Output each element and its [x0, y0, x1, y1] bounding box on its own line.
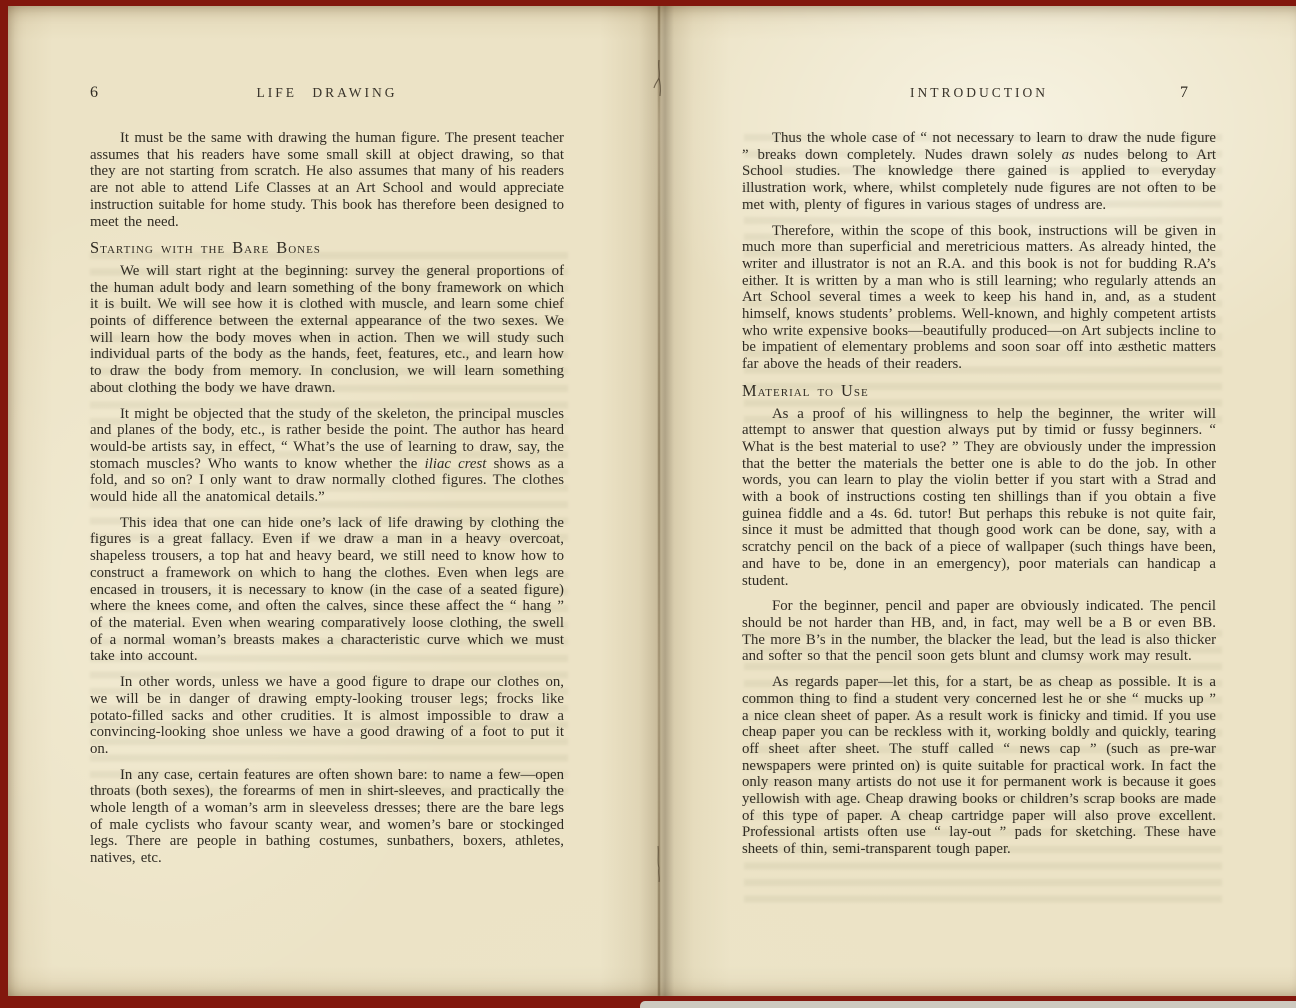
pages-fore-edge [640, 1001, 1296, 1008]
paragraph: We will start right at the beginning: su… [90, 263, 564, 397]
running-header-title: LIFE DRAWING [150, 85, 504, 101]
paragraph: In any case, certain features are often … [90, 767, 564, 867]
page-number: 6 [90, 84, 150, 102]
paragraph: It might be objected that the study of t… [90, 406, 564, 506]
running-header-title: INTRODUCTION [802, 85, 1156, 101]
paragraph: Thus the whole case of “ not necessary t… [742, 130, 1216, 214]
right-page-body: Thus the whole case of “ not necessary t… [742, 130, 1216, 858]
left-page-body: It must be the same with drawing the hum… [90, 130, 564, 867]
paragraph: In other words, unless we have a good fi… [90, 674, 564, 758]
book-spread: 6 LIFE DRAWING It must be the same with … [8, 6, 1296, 996]
page-number: 7 [1156, 84, 1216, 102]
right-page: INTRODUCTION 7 Thus the whole case of “ … [742, 84, 1216, 858]
section-heading: Material to Use [742, 383, 1216, 400]
left-page: 6 LIFE DRAWING It must be the same with … [90, 84, 564, 867]
section-heading: Starting with the Bare Bones [90, 240, 564, 257]
paragraph: This idea that one can hide one’s lack o… [90, 515, 564, 665]
right-page-header: INTRODUCTION 7 [742, 84, 1216, 102]
paragraph: Therefore, within the scope of this book… [742, 223, 1216, 373]
binding-thread-icon [648, 844, 670, 884]
paragraph: It must be the same with drawing the hum… [90, 130, 564, 230]
paragraph: As regards paper—let this, for a start, … [742, 674, 1216, 858]
binding-thread-icon [648, 58, 670, 98]
left-page-header: 6 LIFE DRAWING [90, 84, 564, 102]
paragraph: As a proof of his willingness to help th… [742, 406, 1216, 590]
paragraph: For the beginner, pencil and paper are o… [742, 598, 1216, 665]
